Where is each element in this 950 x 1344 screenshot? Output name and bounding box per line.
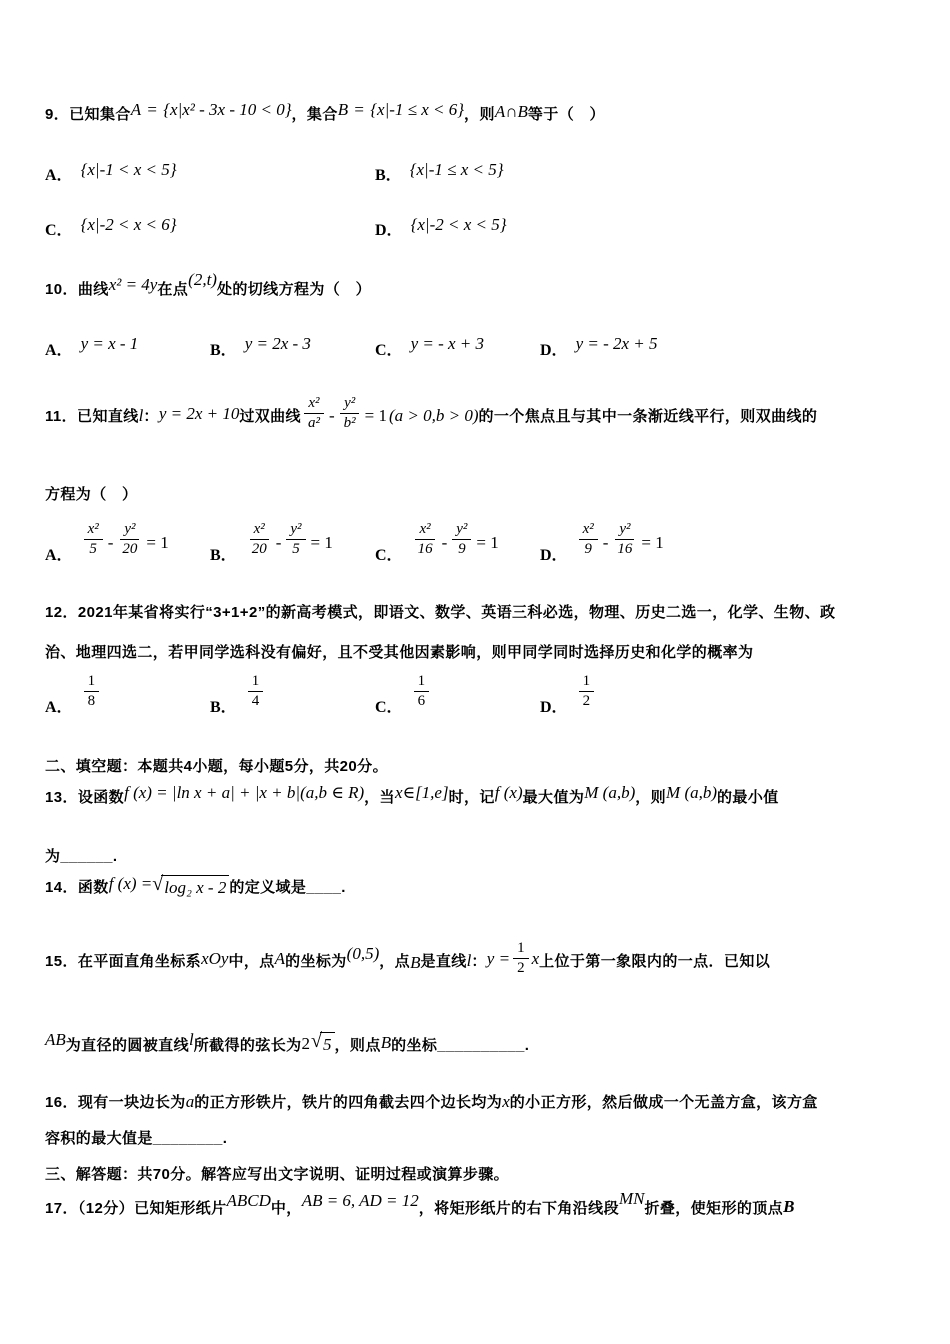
math-run: AB = 6, AD = 12 [302,1191,419,1210]
fraction-denominator: b² [340,414,360,432]
text-run: 11．已知直线 [45,408,139,425]
fraction-numerator: y² [120,521,139,540]
question-9-options-row-1: A．{x|-1 < x < 5} B．{x|-1 ≤ x < 5} [45,162,925,185]
exam-document-page: 9．已知集合A = {x|x² - 3x - 10 < 0}，集合B = {x|… [0,0,950,1344]
question-11-stem-line-1: 11．已知直线l：y = 2x + 10过双曲线x²a²-y²b²= 1(a >… [45,398,925,436]
fraction-numerator: x² [415,521,434,540]
math-run: = 1 [641,533,663,553]
fraction: y²9 [452,521,471,559]
text-run: 的最小值 [717,789,779,806]
math-run: M (a,b) [584,783,635,802]
math-run: - [442,533,448,553]
math-run: y = - x + 3 [411,334,484,354]
question-17-stem: 17．（12分）已知矩形纸片ABCD中，AB = 6, AD = 12，将矩形纸… [45,1196,925,1220]
radicand: 5 [320,1032,335,1055]
question-11-option-c: C．x²16-y²9= 1 [375,524,540,562]
math-run: B [783,1197,794,1216]
fraction-denominator: 5 [85,540,101,558]
fraction-numerator: 1 [579,673,595,692]
question-9-option-b: B．{x|-1 ≤ x < 5} [375,162,705,185]
math-run: A [275,949,285,968]
option-label: C． [375,337,403,360]
question-12-options-row: A．18 B．14 C．16 D．12 [45,676,925,714]
text-run: 是直线 [420,953,466,970]
math-run: f (x) = [109,874,153,893]
option-label: B． [375,162,402,185]
math-run: {x|-2 < x < 5} [411,215,507,235]
question-9-option-a: A．{x|-1 < x < 5} [45,162,375,185]
text-run: ，集合 [292,106,338,123]
text-run: 的坐标为 [285,953,347,970]
text-run: ，将矩形纸片的右下角沿线段 [419,1200,619,1217]
text-run: ，则点 [335,1037,381,1054]
math-run: = 1 [476,533,498,553]
question-10-stem: 10．曲线x² = 4y在点(2,t)处的切线方程为（ ） [45,277,925,301]
radical: √log₂ x - 2 [152,873,229,896]
fraction-numerator: x² [304,395,323,414]
fraction: x²16 [414,521,437,559]
text-run: 14．函数 [45,879,109,896]
fraction-numerator: x² [579,521,598,540]
math-run: - [329,406,335,425]
text-run: 12．2021年某省将实行“3+1+2”的新高考模式，即语文、数学、英语三科必选… [45,604,835,621]
text-run: 15．在平面直角坐标系 [45,953,201,970]
text-run: ： [143,408,158,425]
fraction-numerator: y² [340,395,359,414]
math-run: x∈[1,e] [395,783,449,802]
section-2-header: 二、填空题：本题共4小题，每小题5分，共20分。 [45,756,925,777]
fraction: 18 [84,673,100,711]
math-run: (a > 0,b > 0) [389,406,479,425]
fraction-numerator: x² [84,521,103,540]
math-run: = 1 [365,406,387,425]
text-run: ，则 [635,789,666,806]
option-label: C． [375,694,403,717]
option-label: D． [540,542,568,565]
math-run: - [603,533,609,553]
math-run: - [108,533,114,553]
fraction-numerator: 1 [414,673,430,692]
math-run: = 1 [311,533,333,553]
math-run: x [502,1092,510,1111]
text-run: 为直径的圆被直线 [66,1037,189,1054]
fraction-denominator: 20 [118,540,141,558]
question-12-option-a: A．18 [45,676,210,714]
question-16-stem-line-1: 16．现有一块边长为a的正方形铁片，铁片的四角截去四个边长均为x的小正方形，然后… [45,1090,925,1114]
fraction: 14 [248,673,264,711]
math-run: - [276,533,282,553]
text-run: 过双曲线 [239,408,301,425]
text-run: 折叠，使矩形的顶点 [644,1200,783,1217]
fraction-denominator: 9 [454,540,470,558]
text-run: 时，记 [449,789,495,806]
text-run: 16．现有一块边长为 [45,1094,186,1111]
option-label: B． [210,694,237,717]
fraction: x²9 [579,521,598,559]
text-run: 的坐标__________. [391,1037,529,1054]
question-10-option-a: A．y = x - 1 [45,337,210,360]
option-label: C． [45,217,73,240]
option-label: D． [540,694,568,717]
text-run: 在点 [157,281,188,298]
text-run: 中，点 [228,953,274,970]
fraction: y²5 [286,521,305,559]
fraction-denominator: 20 [248,540,271,558]
math-run: A∩B [495,102,528,121]
fraction-denominator: 6 [414,692,430,710]
text-run: 等于（ ） [528,106,605,123]
question-9-option-c: C．{x|-2 < x < 6} [45,217,375,240]
text-run: 治、地理四选二，若甲同学选科没有偏好，且不受其他因素影响，则甲同学同时选择历史和… [45,644,753,661]
fraction-denominator: 5 [288,540,304,558]
text-run: ，当 [364,789,395,806]
text-run: 13．设函数 [45,789,124,806]
question-12-option-d: D．12 [540,676,705,714]
math-run: {x|-2 < x < 6} [81,215,177,235]
text-run: 的小正方形，然后做成一个无盖方盒，该方盒 [510,1094,818,1111]
radical-coefficient: 2 [302,1032,311,1056]
question-15-stem-line-2: AB为直径的圆被直线l所截得的弦长为2√5，则点B的坐标__________. [45,1033,925,1058]
fraction-numerator: x² [250,521,269,540]
fraction-numerator: y² [452,521,471,540]
fraction-numerator: 1 [84,673,100,692]
fraction-denominator: 16 [414,540,437,558]
fraction: x²a² [304,395,324,433]
math-run: y = x - 1 [81,334,139,354]
math-run: y = - 2x + 5 [576,334,658,354]
question-11-stem-line-2: 方程为（ ） [45,484,925,506]
fraction-denominator: 2 [579,692,595,710]
option-label: D． [540,337,568,360]
fraction-denominator: 8 [84,692,100,710]
math-run: f (x) = |ln x + a| + |x + b|(a,b ∈ R) [124,783,364,802]
question-11-option-d: D．x²9-y²16= 1 [540,524,705,562]
math-run: (2,t) [188,270,217,289]
question-13-blank-line: 为______. [45,846,925,868]
fraction-numerator: y² [615,521,634,540]
question-9-stem: 9．已知集合A = {x|x² - 3x - 10 < 0}，集合B = {x|… [45,102,925,126]
fraction-denominator: 4 [248,692,264,710]
question-11-option-a: A．x²5-y²20= 1 [45,524,210,562]
option-label: A． [45,337,73,360]
option-label: B． [210,542,237,565]
math-run: M (a,b) [666,783,717,802]
question-12-stem-line-1: 12．2021年某省将实行“3+1+2”的新高考模式，即语文、数学、英语三科必选… [45,602,925,624]
question-9-option-d: D．{x|-2 < x < 5} [375,217,705,240]
math-run: B [381,1033,391,1052]
math-run: AB [45,1030,66,1049]
math-run: (0,5) [347,944,380,963]
question-12-stem-line-2: 治、地理四选二，若甲同学选科没有偏好，且不受其他因素影响，则甲同学同时选择历史和… [45,642,925,664]
question-12-option-b: B．14 [210,676,375,714]
text-run: 中， [271,1200,302,1217]
question-11-option-b: B．x²20-y²5= 1 [210,524,375,562]
option-label: B． [210,337,237,360]
fraction-denominator: a² [304,414,324,432]
question-13-stem-line-1: 13．设函数f (x) = |ln x + a| + |x + b|(a,b ∈… [45,785,925,809]
fraction-numerator: y² [286,521,305,540]
text-run: 的一个焦点且与其中一条渐近线平行，则双曲线的 [479,408,818,425]
fraction: x²20 [248,521,271,559]
text-run: 容积的最大值是________. [45,1130,227,1147]
text-run: 17．（12分）已知矩形纸片 [45,1200,226,1217]
text-run: 所截得的弦长为 [194,1037,302,1054]
text-run: 上位于第一象限内的一点．已知以 [539,953,770,970]
text-run: ： [471,953,486,970]
math-run: y = [487,949,510,968]
question-10-option-d: D．y = - 2x + 5 [540,337,705,360]
question-14-stem: 14．函数f (x) =√log₂ x - 2的定义域是____. [45,875,925,899]
text-run: 的正方形铁片，铁片的四角截去四个边长均为 [194,1094,502,1111]
text-run: ，则 [464,106,495,123]
fraction: 16 [414,673,430,711]
math-run: = 1 [146,533,168,553]
math-run: MN [619,1189,645,1208]
math-run: y = 2x - 3 [245,334,311,354]
option-label: A． [45,694,73,717]
fraction-numerator: 1 [248,673,264,692]
text-run: 为______. [45,848,117,865]
option-label: A． [45,162,73,185]
question-10-options-row: A．y = x - 1 B．y = 2x - 3 C．y = - x + 3 D… [45,337,925,360]
radical: 2√5 [302,1030,335,1054]
math-run: = [350,100,368,119]
question-12-option-c: C．16 [375,676,540,714]
question-16-blank-line: 容积的最大值是________. [45,1128,925,1150]
math-run: l [189,1030,194,1049]
math-run: xOy [201,949,228,968]
fraction: y²b² [340,395,360,433]
math-run: ABCD [226,1191,270,1210]
math-run: f (x) [495,783,523,802]
text-run: ，点 [379,953,410,970]
text-run: 10．曲线 [45,281,109,298]
question-15-stem-line-1: 15．在平面直角坐标系xOy中，点A的坐标为(0,5)，点B是直线l：y =12… [45,943,925,981]
math-run: B [338,100,348,119]
fraction: 12 [579,673,595,711]
fraction-numerator: 1 [513,940,529,959]
math-run: A [131,100,141,119]
math-run: {x|-1 ≤ x < 5} [410,160,504,180]
math-run: x [532,949,540,968]
fraction: x²5 [84,521,103,559]
fraction-denominator: 2 [513,959,529,977]
question-10-option-b: B．y = 2x - 3 [210,337,375,360]
fraction-denominator: 9 [580,540,596,558]
math-run: {x|-1 ≤ x < 6} [370,100,464,119]
text-run: 9．已知集合 [45,106,131,123]
radicand: log₂ x - 2 [161,875,229,898]
math-run: y = 2x + 10 [159,404,240,423]
text-run: 方程为（ ） [45,486,137,503]
text-run: 最大值为 [523,789,585,806]
math-run: x² = 4y [109,275,158,294]
math-run: a [186,1092,195,1111]
fraction: 12 [513,940,529,978]
question-11-options-row: A．x²5-y²20= 1 B．x²20-y²5= 1 C．x²16-y²9= … [45,524,925,562]
math-run: = [143,100,161,119]
option-label: D． [375,217,403,240]
option-label: A． [45,542,73,565]
question-10-option-c: C．y = - x + 3 [375,337,540,360]
math-run: {x|x² - 3x - 10 < 0} [163,100,291,119]
fraction-denominator: 16 [613,540,636,558]
text-run: 的定义域是____. [229,879,346,896]
option-label: C． [375,542,403,565]
math-run: {x|-1 < x < 5} [81,160,177,180]
math-run: B [410,953,420,972]
fraction: y²20 [118,521,141,559]
question-9-options-row-2: C．{x|-2 < x < 6} D．{x|-2 < x < 5} [45,217,925,240]
section-3-header: 三、解答题：共70分。解答应写出文字说明、证明过程或演算步骤。 [45,1164,925,1185]
fraction: y²16 [613,521,636,559]
text-run: 处的切线方程为（ ） [217,281,371,298]
